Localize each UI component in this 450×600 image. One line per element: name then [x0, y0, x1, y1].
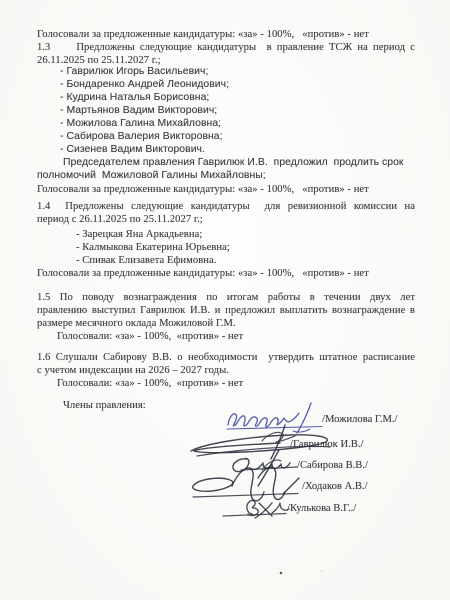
signatures-overlay — [0, 0, 450, 600]
signature-mozhilova-scribble — [227, 403, 322, 433]
signature-kulkova-scribble — [223, 501, 289, 518]
signature-khodakov-scribble — [193, 460, 299, 501]
scanned-document-page: Голосовали за предложенные кандидатуры: … — [0, 0, 450, 600]
scan-artifact-dots — [280, 570, 323, 574]
signature-sabirova-scribble — [233, 450, 297, 486]
